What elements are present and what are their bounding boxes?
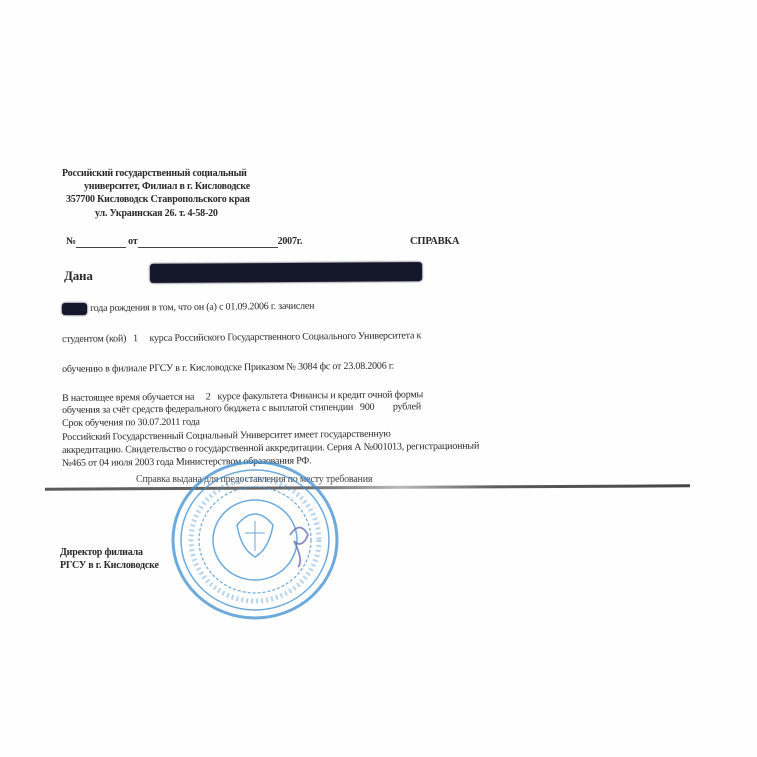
student-line: студентом (кой) 1 курса Российского Госу…: [62, 330, 421, 346]
order-line: обучению в филиале РГСУ в г. Кисловодске…: [62, 361, 394, 376]
student-suffix: курса Российского Государственного Социа…: [149, 330, 421, 344]
year-suffix: 2007г.: [278, 236, 303, 247]
current-course: 2: [206, 391, 211, 402]
redacted-name: [150, 262, 422, 283]
date-from-label: от: [128, 236, 137, 247]
redacted-birth-year: [62, 303, 87, 315]
header-line-4: ул. Украинская 26. т. 4-58-20: [95, 208, 218, 220]
signature-scribble-icon: [290, 528, 308, 568]
birth-line: года рождения в том, что он (а) с 01.09.…: [90, 301, 314, 315]
student-course: 1: [133, 333, 138, 344]
document-title: СПРАВКА: [410, 236, 459, 248]
official-seal-stamp-icon: [165, 455, 345, 625]
signature-line-1: Директор филиала: [60, 547, 143, 559]
header-line-3: 357700 Кисловодск Ставропольского края: [66, 194, 250, 206]
given-label: Дана: [64, 270, 93, 282]
header-line-1: Российский государственный социальный: [62, 168, 247, 180]
number-date-line: № от2007г.: [66, 236, 302, 248]
funding-prefix: обучения за счёт средств федерального бю…: [62, 402, 353, 416]
header-line-2: университет, Филиал в г. Кисловодске: [84, 181, 250, 193]
number-blank: [76, 237, 126, 248]
stipend-amount: 900: [360, 402, 375, 413]
current-prefix: В настоящее время обучается на: [62, 392, 194, 404]
current-suffix: курсе факультета Финансы и кредит очной …: [217, 389, 423, 402]
term-line: Срок обучения по 30.07.2011 года: [62, 417, 200, 430]
scanned-document-page: Российский государственный социальный ун…: [0, 0, 757, 757]
date-blank: [138, 237, 278, 248]
student-prefix: студентом (кой): [62, 333, 126, 345]
signature-line-2: РГСУ в г. Кисловодске: [60, 560, 159, 572]
funding-line: обучения за счёт средств федерального бю…: [62, 401, 421, 417]
stipend-currency: рублей: [393, 401, 421, 412]
number-label: №: [66, 236, 76, 247]
